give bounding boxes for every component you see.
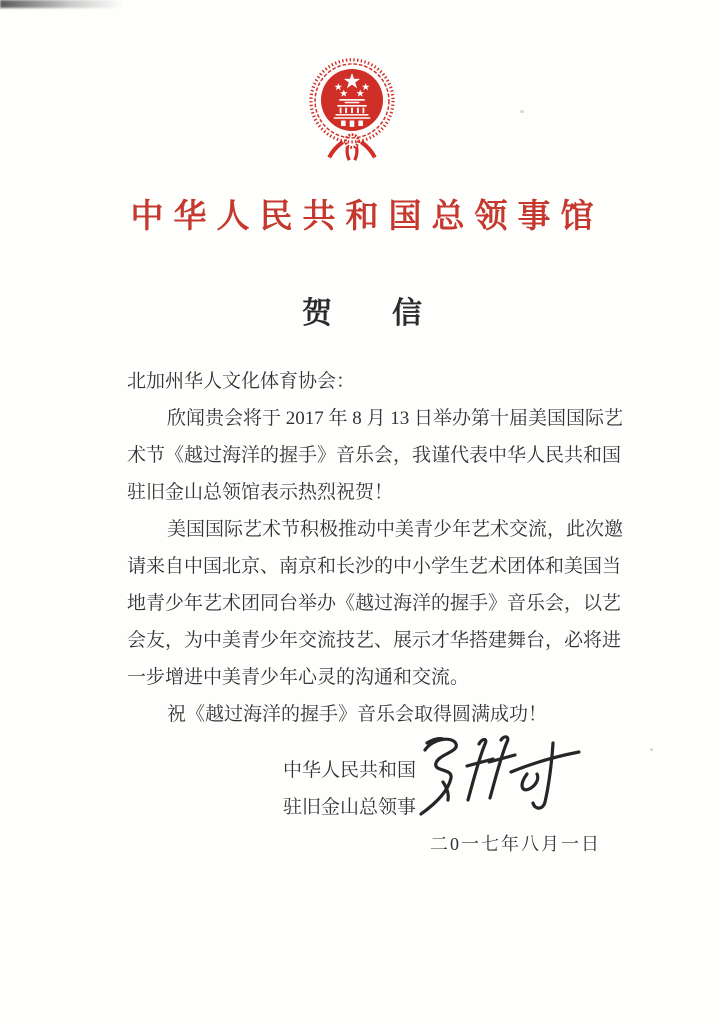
handwritten-signature — [413, 730, 585, 822]
body-line: 美国国际艺术节积极推动中美青少年艺术交流，此次邀 — [127, 511, 639, 548]
scanned-letter-page: 中华人民共和国总领事馆 贺 信 北加州华人文化体育协会： 欣闻贵会将于 2017… — [0, 0, 724, 1023]
china-national-emblem-icon — [306, 58, 398, 162]
body-line: 驻旧金山总领馆表示热烈祝贺！ — [127, 474, 639, 511]
letter-heading: 贺 信 — [0, 288, 724, 332]
scan-artifact-speck — [520, 110, 524, 113]
signer-line: 驻旧金山总领事 — [283, 789, 416, 826]
consulate-title: 中华人民共和国总领事馆 — [0, 190, 724, 237]
signer-line: 中华人民共和国 — [283, 752, 416, 789]
signer-block: 中华人民共和国 驻旧金山总领事 — [283, 752, 416, 826]
body-line: 欣闻贵会将于 2017 年 8 月 13 日举办第十届美国国际艺 — [127, 400, 639, 437]
body-line: 请来自中国北京、南京和长沙的中小学生艺术团体和美国当 — [127, 548, 639, 585]
body-line: 祝《越过海洋的握手》音乐会取得圆满成功！ — [127, 696, 639, 733]
scan-artifact-speck — [650, 748, 653, 751]
letter-body: 北加州华人文化体育协会： 欣闻贵会将于 2017 年 8 月 13 日举办第十届… — [127, 363, 639, 733]
body-line: 地青少年艺术团同台举办《越过海洋的握手》音乐会，以艺 — [127, 585, 639, 622]
scan-artifact-smudge — [0, 0, 130, 8]
body-line: 术节《越过海洋的握手》音乐会，我谨代表中华人民共和国 — [127, 437, 639, 474]
body-line: 会友，为中美青少年交流技艺、展示才华搭建舞台，必将进 — [127, 622, 639, 659]
letter-date: 二0一七年八月一日 — [430, 830, 601, 856]
body-line: 一步增进中美青少年心灵的沟通和交流。 — [127, 659, 639, 696]
salutation: 北加州华人文化体育协会： — [127, 363, 639, 400]
